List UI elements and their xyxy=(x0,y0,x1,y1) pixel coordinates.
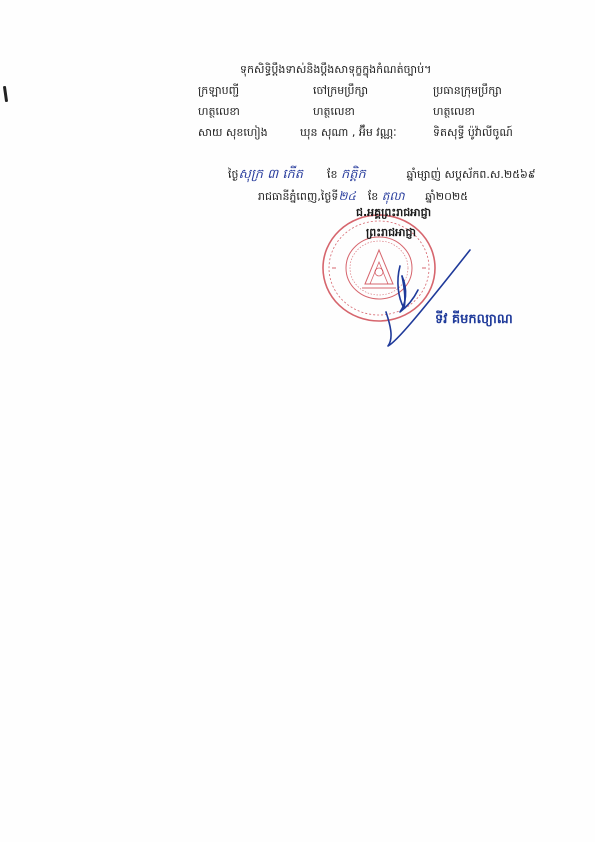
lunar-day-handwritten: សុក្រ ៣ កើត xyxy=(238,166,323,185)
lunar-month-label: ខែ xyxy=(327,168,337,181)
office-subtitle: ព្រះរាជអាជ្ញា xyxy=(366,226,416,242)
signatory-name: ទីវ គីមកល្យាណ xyxy=(435,311,513,330)
name-president: ទិតសុទ្ធី ប៉ូវ៉ាលីចូណ៍ xyxy=(433,126,513,142)
role-president: ប្រធានក្រុមប្រឹក្សា xyxy=(433,84,502,100)
signature-label-judge: ហត្ថលេខា xyxy=(313,105,355,121)
signer-roles-row: ក្រឡាបញ្ជី ចៅក្រមប្រឹក្សា ប្រធានក្រុមប្រ… xyxy=(198,84,568,102)
solar-year: ឆ្នាំ២០២៥ xyxy=(425,190,468,203)
lunar-month-handwritten: កត្តិក xyxy=(341,166,389,185)
office-title: ជ.អគ្គព្រះរាជអាជ្ញា xyxy=(356,206,431,222)
appeal-rights-notice: ទុកសិទ្ធិប្ដឹងទាស់និងប្ដឹងសាទុក្ខក្នុងកំ… xyxy=(240,63,431,79)
handwritten-signature-icon xyxy=(378,246,478,356)
solar-month-label: ខែ xyxy=(368,190,378,203)
signature-label-clerk: ហត្ថលេខា xyxy=(198,105,240,121)
lunar-year: ឆ្នាំម្សាញ់ សប្តស័កព.ស.២៥៦៩ xyxy=(406,168,535,181)
lunar-date-line: ថ្ងៃសុក្រ ៣ កើត ខែ កត្តិក ឆ្នាំម្សាញ់ សប… xyxy=(228,166,536,185)
role-clerk: ក្រឡាបញ្ជី xyxy=(198,84,239,100)
signer-names-row: សាយ សុខហៀង ឃុន សុណា , អ៊ឹម វណ្ណៈ ទិតសុទ្… xyxy=(198,126,568,144)
place-day-label: រាជធានីភ្នំពេញ,ថ្ងៃទី xyxy=(258,190,338,203)
solar-date-line: រាជធានីភ្នំពេញ,ថ្ងៃទី២៤ ខែ តុលា ឆ្នាំ២០២… xyxy=(258,188,468,206)
solar-day-handwritten: ២៤ xyxy=(338,188,364,206)
name-clerk: សាយ សុខហៀង xyxy=(198,126,268,142)
signature-labels-row: ហត្ថលេខា ហត្ថលេខា ហត្ថលេខា xyxy=(198,105,568,123)
name-judges: ឃុន សុណា , អ៊ឹម វណ្ណៈ xyxy=(300,126,397,142)
scan-edge-mark xyxy=(3,86,8,102)
role-judge: ចៅក្រមប្រឹក្សា xyxy=(313,84,368,100)
signature-label-president: ហត្ថលេខា xyxy=(433,105,475,121)
solar-month-handwritten: តុលា xyxy=(382,188,422,206)
document-page: ទុកសិទ្ធិប្ដឹងទាស់និងប្ដឹងសាទុក្ខក្នុងកំ… xyxy=(0,0,595,842)
lunar-day-label: ថ្ងៃ xyxy=(228,168,238,181)
